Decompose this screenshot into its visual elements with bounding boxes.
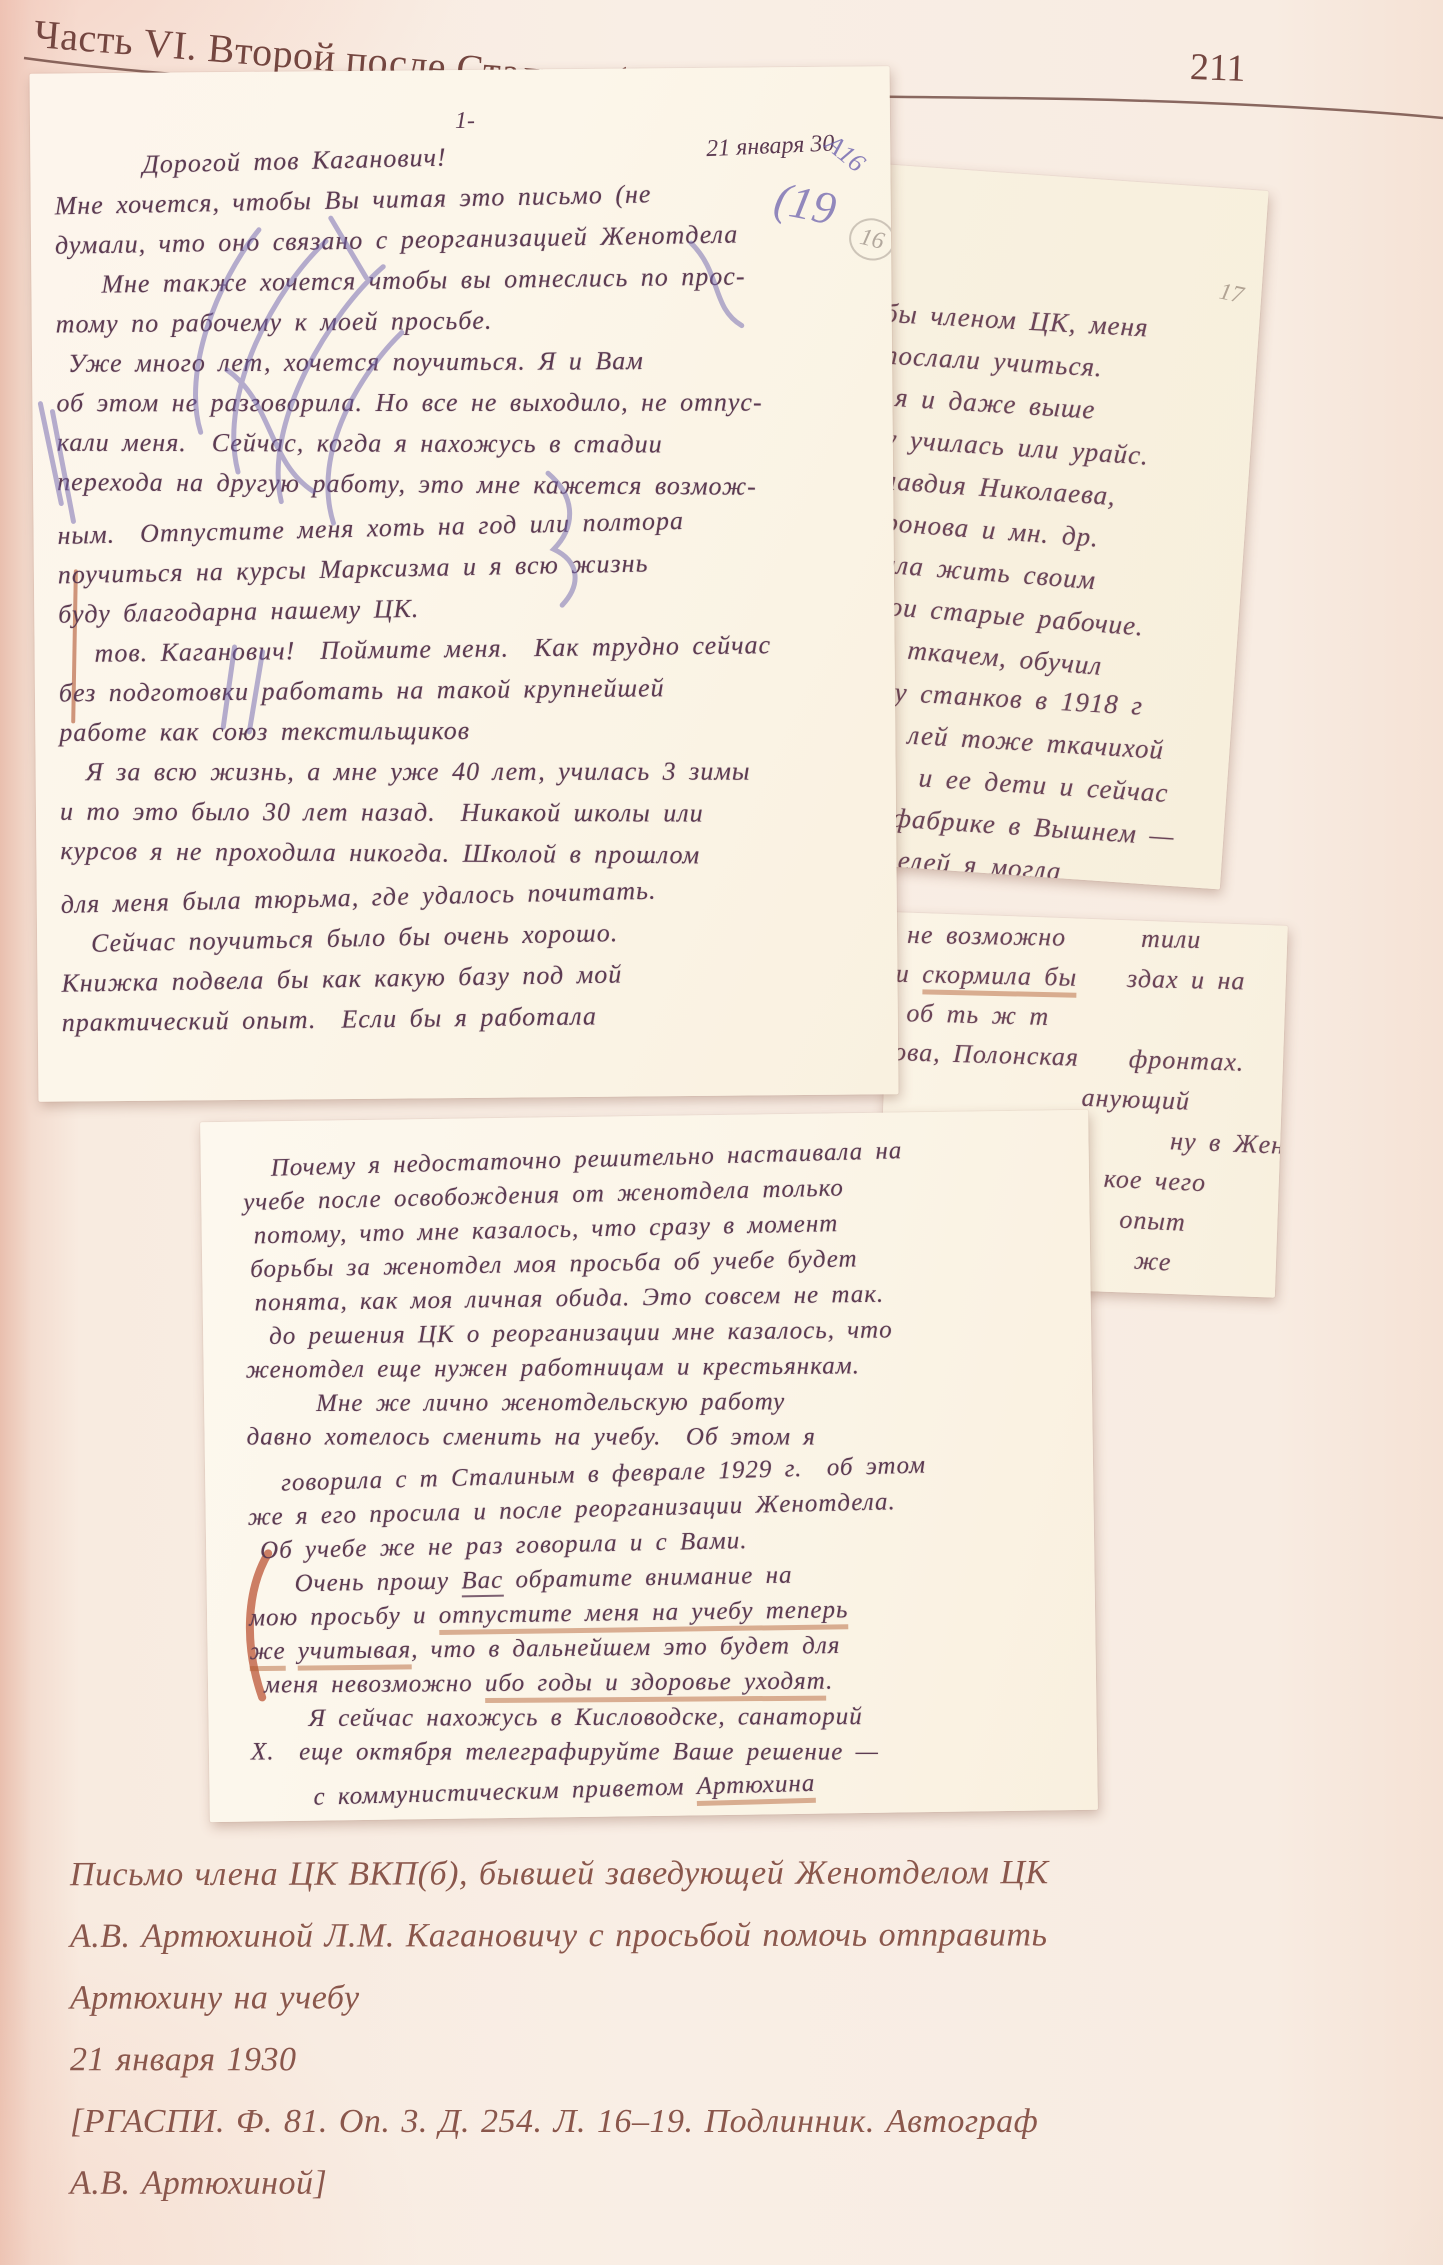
letter-scan-first-sheet: 1- 21 января 30 (19 А16 16 Дорогой тов К… (30, 66, 899, 1101)
text-segment: женотдел еще нужен работницам и крестьян… (246, 1352, 860, 1383)
text-line: Письмо члена ЦК ВКП(б), бывшей заведующе… (70, 1854, 1250, 1918)
text-segment: Я за всю жизнь, а мне уже 40 лет, училас… (86, 757, 751, 787)
underlined-phrase: отпустите меня на учебу теперь (439, 1596, 849, 1635)
handwritten-text-first: Дорогой тов Каганович!Мне хочется, чтобы… (30, 66, 899, 1101)
underlined-phrase: Артюхина (696, 1770, 816, 1806)
text-segment: для меня была тюрьма, где удалось почита… (60, 876, 656, 919)
text-line: [РГАСПИ. Ф. 81. Оп. 3. Д. 254. Л. 16–19.… (70, 2103, 1250, 2165)
text-segment: с коммунистическим приветом (313, 1773, 697, 1811)
text-segment: тому по рабочему к моей просьбе. (56, 306, 493, 339)
letter-scan-last-sheet: Почему я недостаточно решительно настаив… (200, 1110, 1098, 1822)
text-segment: об ть ж т (906, 998, 1050, 1031)
book-page-photo: Часть VI. Второй после Сталина (1928–193… (0, 0, 1443, 2265)
text-segment: давно хотелось сменить на учебу. Об этом… (247, 1424, 816, 1451)
handwritten-text-last: Почему я недостаточно решительно настаив… (200, 1110, 1098, 1822)
text-line: и то это было 30 лет назад. Никакой школ… (60, 797, 896, 840)
text-segment: ным. Отпустите меня хоть на год или полт… (57, 506, 684, 550)
text-segment: перехода на другую работу, это мне кажет… (57, 467, 757, 501)
text-segment: Артюхину на учебу (70, 1979, 360, 2016)
underlined-phrase: Вас (461, 1567, 503, 1598)
text-segment: А.В. Артюхиной Л.М. Кагановичу с просьбо… (70, 1916, 1048, 1955)
text-segment: не возможно тили (907, 920, 1202, 954)
text-segment: Уже много лет, хочется поучиться. Я и Ва… (68, 346, 644, 378)
underlined-phrase: учитывая (298, 1636, 412, 1670)
text-segment: ну в Жен. (1170, 1126, 1288, 1160)
text-segment: и то это было 30 лет назад. Никакой школ… (60, 797, 704, 828)
text-line: А.В. Артюхиной] (70, 2165, 1250, 2228)
text-segment: работе как союз текстильщиков (59, 716, 470, 747)
text-line: меня невозможно ибо годы и здоровье уход… (250, 1666, 1096, 1707)
text-line: 21 января 1930 (70, 2041, 1250, 2104)
text-segment: Письмо члена ЦК ВКП(б), бывшей заведующе… (70, 1854, 1049, 1893)
text-segment: . (826, 1668, 833, 1695)
underlined-phrase: же (249, 1638, 285, 1671)
text-segment: Очень прошу (294, 1567, 461, 1597)
text-line: Я сейчас нахожусь в Кисловодске, санатор… (251, 1702, 1097, 1740)
text-segment: мою просьбу и (249, 1602, 439, 1632)
text-segment: же (1133, 1246, 1172, 1277)
text-segment: об этом не разговорила. Но все не выходи… (56, 388, 762, 418)
text-line: работе как союз текстильщиков (59, 714, 895, 759)
text-line: Уже много лет, хочется поучиться. Я и Ва… (56, 345, 892, 390)
text-segment: до решения ЦК о реорганизации мне казало… (269, 1316, 893, 1350)
text-line: кали меня. Сейчас, когда я нахожусь в ст… (57, 428, 893, 471)
text-segment: [РГАСПИ. Ф. 81. Оп. 3. Д. 254. Л. 16–19.… (70, 2103, 1038, 2140)
text-line: об этом не разговорила. Но все не выходи… (56, 387, 892, 429)
text-segment: обратите внимание на (503, 1562, 793, 1594)
page-number: 211 (1189, 45, 1246, 91)
text-segment: меня невозможно (264, 1670, 485, 1699)
figure-caption: Письмо члена ЦК ВКП(б), бывшей заведующе… (70, 1855, 1250, 2227)
text-line: Мне же лично женотдельскую работу (246, 1387, 1092, 1425)
text-segment: без подготовки работать на такой крупней… (59, 673, 665, 707)
text-line: Артюхину на учебу (70, 1978, 1250, 2041)
text-segment: Х. еще октября телеграфируйте Ваше решен… (251, 1739, 879, 1766)
text-segment: Мне же лично женотдельскую работу (316, 1388, 785, 1417)
text-segment: анующий (1081, 1083, 1190, 1116)
underlined-phrase: ибо годы и здоровье уходят (485, 1668, 826, 1703)
text-line: Я за всю жизнь, а мне уже 40 лет, училас… (60, 756, 896, 798)
text-line: женотдел еще нужен работницам и крестьян… (246, 1351, 1092, 1392)
text-line: без подготовки работать на такой крупней… (59, 671, 895, 719)
text-segment: кали меня. Сейчас, когда я нахожусь в ст… (57, 428, 663, 459)
text-segment: практический опыт. Если бы я работала (62, 1001, 597, 1037)
text-segment: здах и на (1077, 963, 1246, 996)
text-segment: бы членом ЦК, меня (883, 298, 1149, 343)
text-segment: Я сейчас нахожусь в Кисловодске, санатор… (309, 1703, 863, 1732)
text-line: А.В. Артюхиной Л.М. Кагановичу с просьбо… (70, 1916, 1250, 1980)
text-segment (285, 1638, 298, 1665)
text-segment: 21 января 1930 (70, 2041, 297, 2078)
text-segment: кое чего (1103, 1164, 1206, 1197)
text-segment: буду благодарна нашему ЦК. (58, 594, 420, 629)
text-segment: опыт (1119, 1205, 1187, 1237)
text-segment: курсов я не проходила никогда. Школой в … (60, 836, 700, 869)
text-segment: Дорогой тов Каганович! (142, 143, 447, 179)
text-segment: и (895, 959, 922, 989)
text-segment: А.В. Артюхиной] (70, 2165, 327, 2202)
text-segment: , что в дальнейшем это будет для (411, 1632, 841, 1663)
underlined-phrase: скормила бы (922, 959, 1078, 997)
text-line: тому по рабочему к моей просьбе. (56, 302, 892, 350)
